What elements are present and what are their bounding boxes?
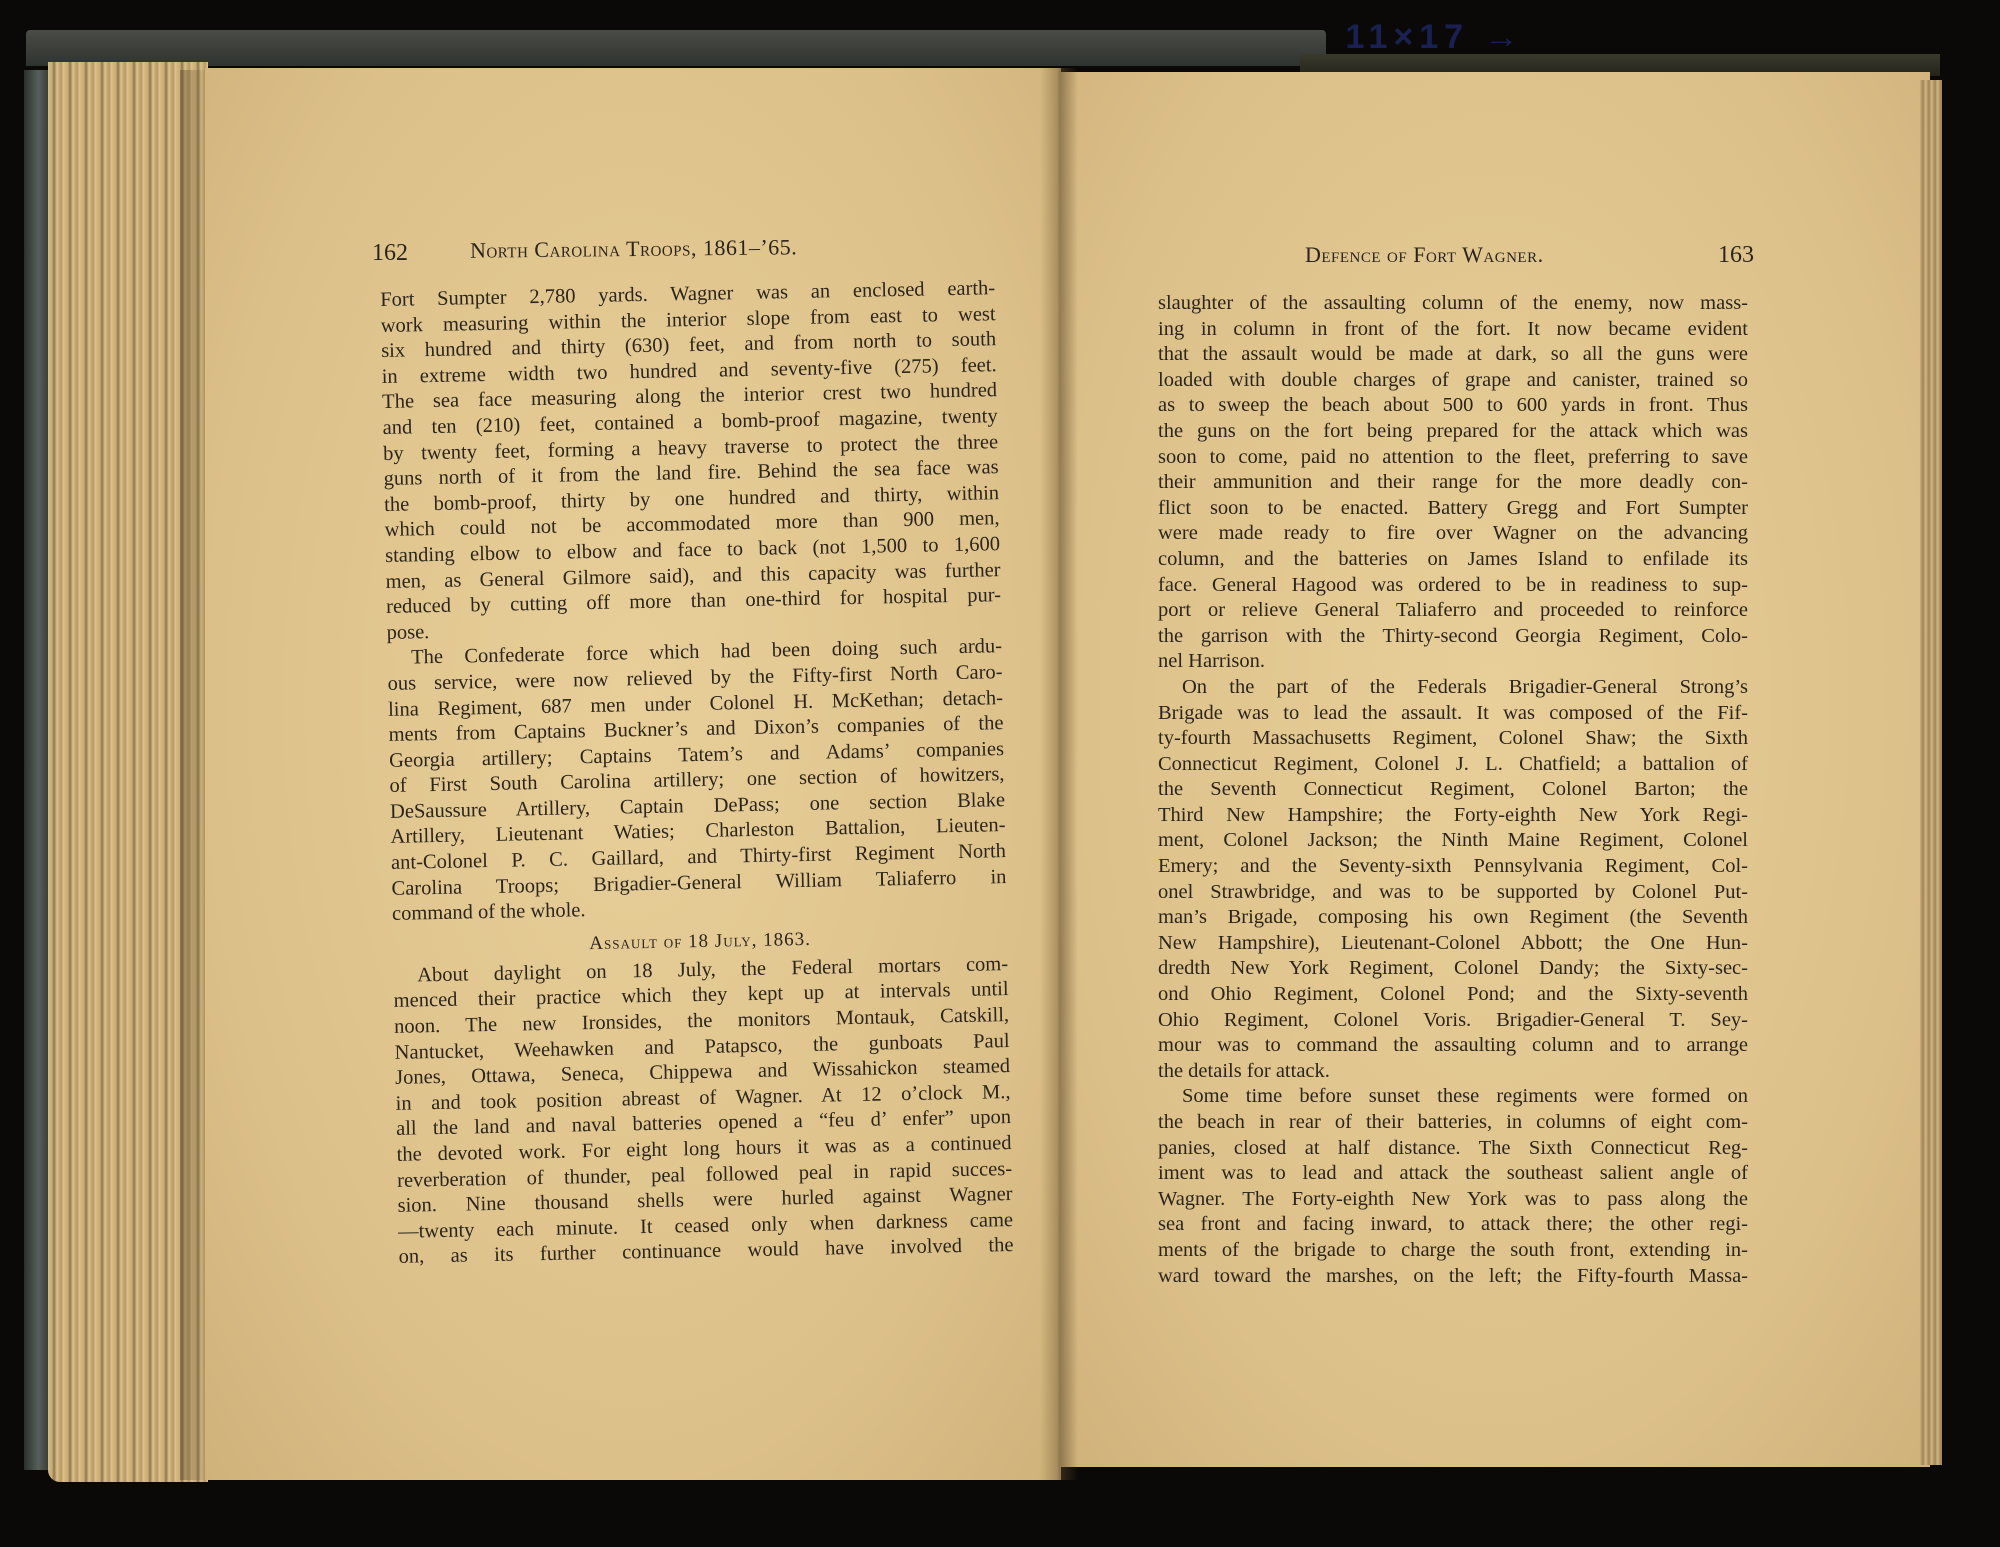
- text-line: ing in column in front of the fort. It n…: [1158, 317, 1748, 343]
- text-line: ward toward the marshes, on the left; th…: [1158, 1264, 1748, 1290]
- text-line: slaughter of the assaulting column of th…: [1158, 291, 1748, 317]
- text-line: ond Ohio Regiment, Colonel Pond; and the…: [1158, 982, 1748, 1008]
- text-line: the guns on the fort being prepared for …: [1158, 419, 1748, 445]
- left-page-number: 162: [372, 240, 408, 267]
- left-page-body: Fort Sumpter 2,780 yards. Wagner was an …: [380, 276, 1014, 1271]
- text-line: dredth New York Regiment, Colonel Dandy;…: [1158, 956, 1748, 982]
- text-line: iment was to lead and attack the southea…: [1158, 1161, 1748, 1187]
- text-line: mour was to command the assaulting colum…: [1158, 1033, 1748, 1059]
- book-gutter: [1040, 68, 1078, 1480]
- right-running-head: Defence of Fort Wagner.: [1305, 242, 1544, 268]
- text-line: On the part of the Federals Brigadier-Ge…: [1158, 675, 1748, 701]
- text-line: the Seventh Connecticut Regiment, Colone…: [1158, 777, 1748, 803]
- text-line: Wagner. The Forty-eighth New York was to…: [1158, 1187, 1748, 1213]
- text-line: face. General Hagood was ordered to be i…: [1158, 573, 1748, 599]
- text-line: loaded with double charges of grape and …: [1158, 368, 1748, 394]
- right-running-head-text: Defence of Fort Wagner.: [1305, 242, 1544, 267]
- text-line: were made ready to fire over Wagner on t…: [1158, 521, 1748, 547]
- text-line: Some time before sunset these regiments …: [1158, 1084, 1748, 1110]
- text-line: column, and the batteries on James Islan…: [1158, 547, 1748, 573]
- text-line: the details for attack.: [1158, 1059, 1748, 1085]
- text-line: ments of the brigade to charge the south…: [1158, 1238, 1748, 1264]
- text-line: nel Harrison.: [1158, 649, 1748, 675]
- right-page-body: slaughter of the assaulting column of th…: [1158, 291, 1748, 1289]
- text-line: that the assault would be made at dark, …: [1158, 342, 1748, 368]
- right-page-edges: [1920, 80, 1942, 1465]
- left-running-head-text: North Carolina Troops, 1861–’65.: [470, 234, 797, 262]
- book-cover-spine-edge: [24, 70, 48, 1470]
- text-line: soon to come, paid no attention to the f…: [1158, 445, 1748, 471]
- left-running-head: North Carolina Troops, 1861–’65.: [470, 234, 797, 263]
- right-page-number: 163: [1718, 242, 1754, 269]
- text-line: port or relieve General Taliaferro and p…: [1158, 598, 1748, 624]
- text-line: Third New Hampshire; the Forty-eighth Ne…: [1158, 803, 1748, 829]
- text-line: New Hampshire), Lieutenant-Colonel Abbot…: [1158, 931, 1748, 957]
- text-line: panies, closed at half distance. The Six…: [1158, 1136, 1748, 1162]
- text-line: their ammunition and their range for the…: [1158, 470, 1748, 496]
- text-line: the beach in rear of their batteries, in…: [1158, 1110, 1748, 1136]
- book-cover-top: [26, 30, 1326, 66]
- text-line: man’s Brigade, composing his own Regimen…: [1158, 905, 1748, 931]
- text-line: sea front and facing inward, to attack t…: [1158, 1212, 1748, 1238]
- text-line: ty-fourth Massachusetts Regiment, Colone…: [1158, 726, 1748, 752]
- text-line: Emery; and the Seventy-sixth Pennsylvani…: [1158, 854, 1748, 880]
- text-line: Ohio Regiment, Colonel Voris. Brigadier-…: [1158, 1008, 1748, 1034]
- text-line: flict soon to be enacted. Battery Gregg …: [1158, 496, 1748, 522]
- text-line: Connecticut Regiment, Colonel J. L. Chat…: [1158, 752, 1748, 778]
- text-line: as to sweep the beach about 500 to 600 y…: [1158, 393, 1748, 419]
- text-line: Brigade was to lead the assault. It was …: [1158, 701, 1748, 727]
- text-line: ment, Colonel Jackson; the Ninth Maine R…: [1158, 828, 1748, 854]
- text-line: onel Strawbridge, and was to be supporte…: [1158, 880, 1748, 906]
- text-line: the garrison with the Thirty-second Geor…: [1158, 624, 1748, 650]
